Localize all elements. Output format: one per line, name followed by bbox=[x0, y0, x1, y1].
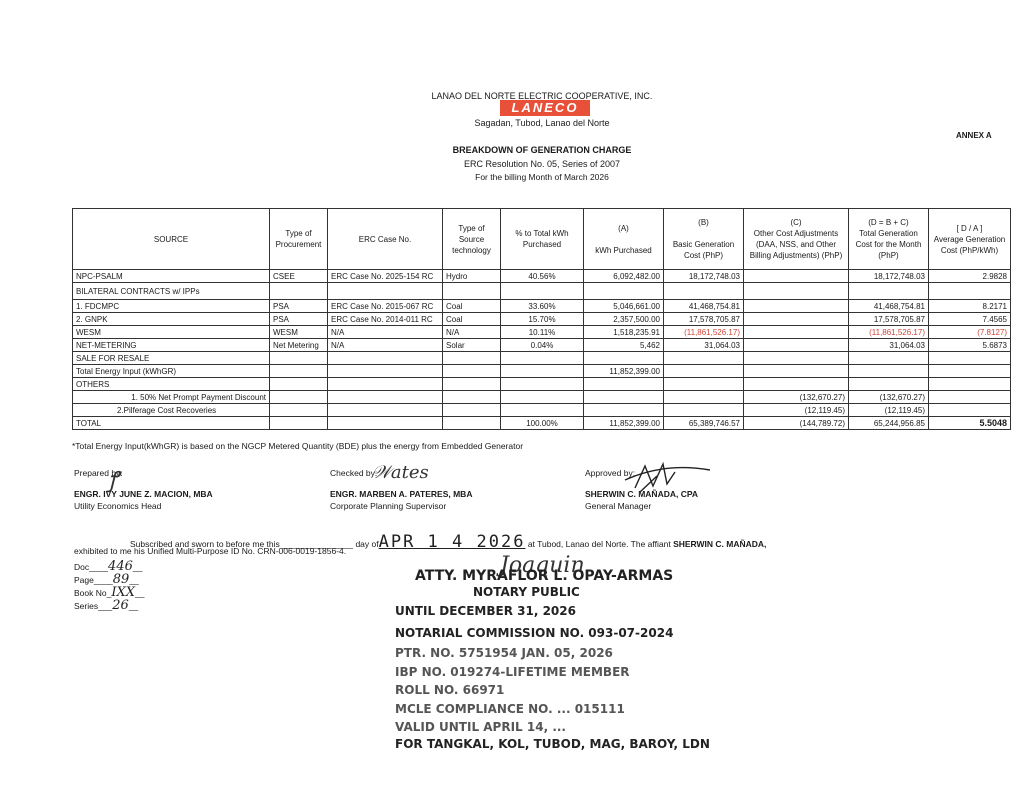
cell-technology: Coal bbox=[443, 313, 501, 326]
cell-avg: 2.9828 bbox=[929, 270, 1011, 283]
table-row-prompt-payment-discount: 1. 50% Net Prompt Payment Discount (132,… bbox=[73, 391, 1011, 404]
jurat-text-after: at Tubod, Lanao del Norte. The affiant bbox=[528, 539, 671, 549]
cell-source: NET-METERING bbox=[73, 339, 270, 352]
cell-kwh: 6,092,482.00 bbox=[584, 270, 664, 283]
table-row-gnpk: 2. GNPK PSA ERC Case No. 2014-011 RC Coa… bbox=[73, 313, 1011, 326]
cell-total: 17,578,705.87 bbox=[849, 313, 929, 326]
signatory-title: Utility Economics Head bbox=[74, 501, 213, 511]
cell-source: NPC-PSALM bbox=[73, 270, 270, 283]
col-header-erc-case: ERC Case No. bbox=[328, 209, 443, 270]
cell-other bbox=[744, 339, 849, 352]
signatory-name: ENGR. MARBEN A. PATERES, MBA bbox=[330, 489, 472, 499]
signatory-label: Prepared by: bbox=[74, 468, 213, 478]
cell-other bbox=[744, 326, 849, 339]
col-header-other: (C)Other Cost Adjustments (DAA, NSS, and… bbox=[744, 209, 849, 270]
col-header-kwh: (A)kWh Purchased bbox=[584, 209, 664, 270]
laneco-logo: LANECO bbox=[500, 100, 590, 116]
cell-technology: Solar bbox=[443, 339, 501, 352]
cell-kwh: 5,046,661.00 bbox=[584, 300, 664, 313]
col-header-source: SOURCE bbox=[73, 209, 270, 270]
cell-avg: 8.2171 bbox=[929, 300, 1011, 313]
cell-total: 65,244,956.85 bbox=[849, 417, 929, 430]
cell-kwh: 11,852,399.00 bbox=[584, 417, 664, 430]
affiant-name: SHERWIN C. MAÑADA, bbox=[673, 539, 766, 549]
cell-basic: 17,578,705.87 bbox=[664, 313, 744, 326]
signatory-title: Corporate Planning Supervisor bbox=[330, 501, 472, 511]
notary-line: FOR TANGKAL, KOL, TUBOD, MAG, BAROY, LDN bbox=[395, 737, 710, 751]
cell-erc-case: ERC Case No. 2015-067 RC bbox=[328, 300, 443, 313]
cell-source: TOTAL bbox=[73, 417, 270, 430]
col-header-procurement: Type of Procurement bbox=[270, 209, 328, 270]
cell-basic: 18,172,748.03 bbox=[664, 270, 744, 283]
notary-line: PTR. NO. 5751954 JAN. 05, 2026 bbox=[395, 646, 613, 660]
cell-pct: 15.70% bbox=[501, 313, 584, 326]
cell-kwh: 2,357,500.00 bbox=[584, 313, 664, 326]
cell-other bbox=[744, 270, 849, 283]
table-row-total-energy-input: Total Energy Input (kWhGR) 11,852,399.00 bbox=[73, 365, 1011, 378]
cell-procurement: PSA bbox=[270, 313, 328, 326]
cell-kwh: 11,852,399.00 bbox=[584, 365, 664, 378]
cell-basic: 65,389,746.57 bbox=[664, 417, 744, 430]
cell-total: (12,119.45) bbox=[849, 404, 929, 417]
cell-source: 2. GNPK bbox=[73, 313, 270, 326]
cell-total-negative: (11,861,526.17) bbox=[849, 326, 929, 339]
table-row-fdcmpc: 1. FDCMPC PSA ERC Case No. 2015-067 RC C… bbox=[73, 300, 1011, 313]
col-header-total: (D = B + C)Total Generation Cost for the… bbox=[849, 209, 929, 270]
cell-pct: 10.11% bbox=[501, 326, 584, 339]
cell-avg-negative: (7.8127) bbox=[929, 326, 1011, 339]
table-row-others-header: OTHERS bbox=[73, 378, 1011, 391]
cell-total: 18,172,748.03 bbox=[849, 270, 929, 283]
cell-procurement: CSEE bbox=[270, 270, 328, 283]
cell-basic: 31,064.03 bbox=[664, 339, 744, 352]
cell-basic-negative: (11,861,526.17) bbox=[664, 326, 744, 339]
generation-charge-table: SOURCE Type of Procurement ERC Case No. … bbox=[72, 208, 1011, 430]
cell-source: OTHERS bbox=[73, 378, 270, 391]
notary-line: ROLL NO. 66971 bbox=[395, 683, 504, 697]
erc-resolution: ERC Resolution No. 05, Series of 2007 bbox=[0, 159, 1024, 169]
table-row-total: TOTAL 100.00% 11,852,399.00 65,389,746.5… bbox=[73, 417, 1011, 430]
cell-procurement: PSA bbox=[270, 300, 328, 313]
notary-role: NOTARY PUBLIC bbox=[473, 585, 580, 599]
cell-pct: 100.00% bbox=[501, 417, 584, 430]
signature-mark: 𝒲ates bbox=[372, 462, 429, 483]
cell-erc-case: N/A bbox=[328, 326, 443, 339]
cell-technology: N/A bbox=[443, 326, 501, 339]
cell-technology: Coal bbox=[443, 300, 501, 313]
col-header-pct: % to Total kWh Purchased bbox=[501, 209, 584, 270]
notary-line: UNTIL DECEMBER 31, 2026 bbox=[395, 604, 576, 618]
cell-source: Total Energy Input (kWhGR) bbox=[73, 365, 270, 378]
signatory-approved: Approved by: SHERWIN C. MAÑADA, CPA Gene… bbox=[585, 468, 698, 511]
footnote: *Total Energy Input(kWhGR) is based on t… bbox=[72, 441, 523, 451]
cell-avg: 5.6873 bbox=[929, 339, 1011, 352]
stamped-date: APR 1 4 2026 bbox=[379, 532, 526, 552]
table-row-npc-psalm: NPC-PSALM CSEE ERC Case No. 2025-154 RC … bbox=[73, 270, 1011, 283]
cell-technology: Hydro bbox=[443, 270, 501, 283]
signature-mark bbox=[605, 458, 715, 498]
notary-line: MCLE COMPLIANCE NO. ... 015111 bbox=[395, 702, 625, 716]
signatory-checked: Checked by: 𝒲ates ENGR. MARBEN A. PATERE… bbox=[330, 468, 472, 511]
notary-line: VALID UNTIL APRIL 14, ... bbox=[395, 720, 566, 734]
cell-erc-case: ERC Case No. 2014-011 RC bbox=[328, 313, 443, 326]
cell-total: 41,468,754.81 bbox=[849, 300, 929, 313]
cell-kwh: 5,462 bbox=[584, 339, 664, 352]
signatory-prepared: Prepared by: ꝭ ENGR. IVY JUNE Z. MACION,… bbox=[74, 468, 213, 511]
cell-basic: 41,468,754.81 bbox=[664, 300, 744, 313]
notary-line: IBP NO. 019274-LIFETIME MEMBER bbox=[395, 665, 630, 679]
cell-other: (12,119.45) bbox=[744, 404, 849, 417]
cell-total: (132,670.27) bbox=[849, 391, 929, 404]
cell-procurement: WESM bbox=[270, 326, 328, 339]
cell-pct: 40.56% bbox=[501, 270, 584, 283]
table-row-pilferage-recoveries: 2.Pilferage Cost Recoveries (12,119.45) … bbox=[73, 404, 1011, 417]
cell-kwh: 1,518,235.91 bbox=[584, 326, 664, 339]
cell-other bbox=[744, 300, 849, 313]
notary-name: ATTY. MYRAFLOR L. OPAY-ARMAS bbox=[415, 568, 673, 584]
cell-avg: 7.4565 bbox=[929, 313, 1011, 326]
document-title: BREAKDOWN OF GENERATION CHARGE bbox=[0, 145, 1024, 155]
signatory-title: General Manager bbox=[585, 501, 698, 511]
table-row-wesm: WESM WESM N/A N/A 10.11% 1,518,235.91 (1… bbox=[73, 326, 1011, 339]
signature-mark: ꝭ bbox=[108, 464, 118, 494]
cell-source: 1. 50% Net Prompt Payment Discount bbox=[73, 391, 270, 404]
col-header-technology: Type of Source technology bbox=[443, 209, 501, 270]
cell-other: (144,789.72) bbox=[744, 417, 849, 430]
cell-pct: 0.04% bbox=[501, 339, 584, 352]
signatory-name: ENGR. IVY JUNE Z. MACION, MBA bbox=[74, 489, 213, 499]
cell-source: WESM bbox=[73, 326, 270, 339]
cell-avg-total: 5.5048 bbox=[929, 417, 1011, 430]
jurat-id-line: exhibited to me his Unified Multi-Purpos… bbox=[74, 546, 346, 556]
cell-erc-case: ERC Case No. 2025-154 RC bbox=[328, 270, 443, 283]
register-series-value: 26 bbox=[112, 598, 129, 613]
cell-pct: 33.60% bbox=[501, 300, 584, 313]
col-header-basic: (B)Basic Generation Cost (PhP) bbox=[664, 209, 744, 270]
notary-line: NOTARIAL COMMISSION NO. 093-07-2024 bbox=[395, 626, 673, 640]
table-row-net-metering: NET-METERING Net Metering N/A Solar 0.04… bbox=[73, 339, 1011, 352]
cell-total: 31,064.03 bbox=[849, 339, 929, 352]
cell-erc-case: N/A bbox=[328, 339, 443, 352]
annex-label: ANNEX A bbox=[956, 131, 992, 140]
organization-address: Sagadan, Tubod, Lanao del Norte bbox=[0, 118, 1024, 128]
col-header-avg: [ D / A ]Average Generation Cost (PhP/kW… bbox=[929, 209, 1011, 270]
cell-other bbox=[744, 313, 849, 326]
table-row-sale-for-resale: SALE FOR RESALE bbox=[73, 352, 1011, 365]
billing-month: For the billing Month of March 2026 bbox=[0, 172, 1024, 182]
register-series: Series___26__ bbox=[74, 598, 138, 613]
cell-source: SALE FOR RESALE bbox=[73, 352, 270, 365]
cell-source: 2.Pilferage Cost Recoveries bbox=[73, 404, 270, 417]
jurat-day-of: day of bbox=[355, 539, 378, 549]
table-row-bilateral-header: BILATERAL CONTRACTS w/ IPPs bbox=[73, 283, 1011, 300]
cell-procurement: Net Metering bbox=[270, 339, 328, 352]
cell-other: (132,670.27) bbox=[744, 391, 849, 404]
cell-source: BILATERAL CONTRACTS w/ IPPs bbox=[73, 283, 270, 300]
cell-source: 1. FDCMPC bbox=[73, 300, 270, 313]
table-header-row: SOURCE Type of Procurement ERC Case No. … bbox=[73, 209, 1011, 270]
